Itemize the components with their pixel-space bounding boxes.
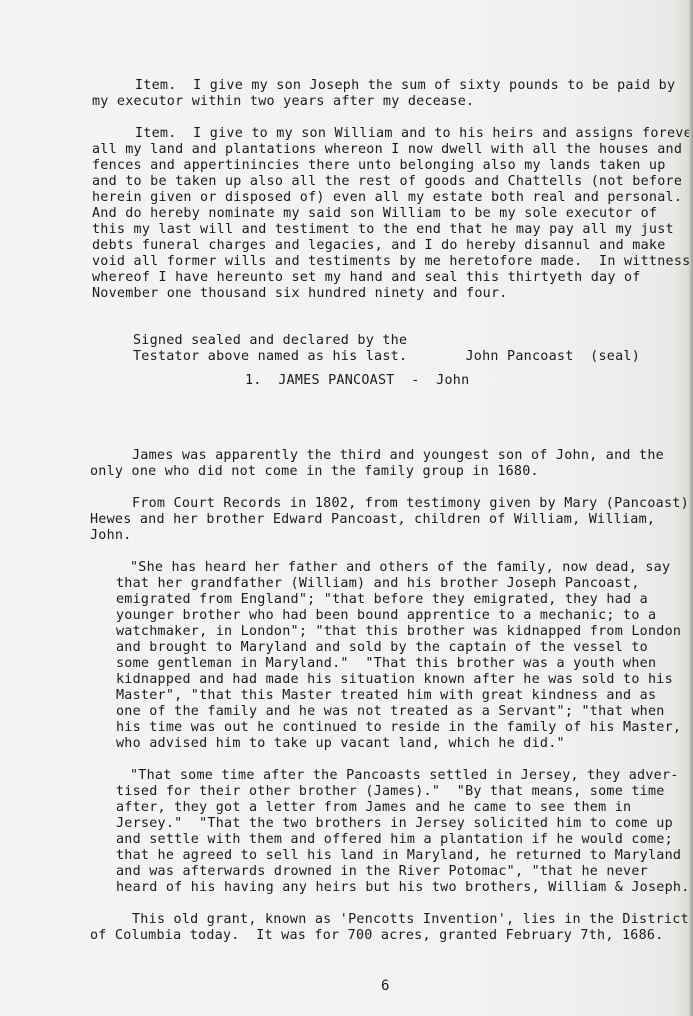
text-line: his time was out he continued to reside … [116,720,681,736]
text-line: watchmaker, in London"; "that this broth… [116,624,681,640]
text-line: Hewes and her brother Edward Pancoast, c… [90,512,655,528]
document-page: Item. I give my son Joseph the sum of si… [0,0,693,1016]
text-line: John. [90,528,132,544]
text-line: one of the family and he was not treated… [116,704,665,720]
text-line: And do hereby nominate my said son Willi… [92,206,657,222]
text-line: debts funeral charges and legacies, and … [92,238,666,254]
text-line: Signed sealed and declared by the [133,333,407,349]
text-line: "She has heard her father and others of … [130,560,670,576]
text-line: some gentleman in Maryland." "That this … [116,656,656,672]
text-line: herein given or disposed of) even all my… [92,190,682,206]
text-line: and brought to Maryland and sold by the … [116,640,648,656]
text-line: emigrated from England"; "that before th… [116,592,648,608]
text-line: Item. I give my son Joseph the sum of si… [135,78,675,94]
text-line: that he agreed to sell his land in Maryl… [116,848,681,864]
text-line: younger brother who had been bound appre… [116,608,656,624]
text-line: "That some time after the Pancoasts sett… [130,768,679,784]
text-line: only one who did not come in the family … [90,464,539,480]
text-line: and to be taken up also all the rest of … [92,174,682,190]
text-line: James was apparently the third and young… [132,448,664,464]
text-line: my executor within two years after my de… [92,94,474,110]
page-number: 6 [381,978,389,994]
text-line: and settle with them and offered him a p… [116,832,673,848]
section-heading: 1. JAMES PANCOAST - John [245,373,469,389]
text-line: void all former wills and testiments by … [92,254,690,270]
text-line: all my land and plantations whereon I no… [92,142,682,158]
text-line: heard of his having any heirs but his tw… [116,880,693,896]
text-line: this my last will and testiment to the e… [92,222,674,238]
text-line: Testator above named as his last. John P… [133,349,640,365]
text-line: of Columbia today. It was for 700 acres,… [90,928,664,944]
text-line: Item. I give to my son William and to hi… [135,126,693,142]
text-line: fences and appertinincies there unto bel… [92,158,666,174]
text-line: This old grant, known as 'Pencotts Inven… [132,912,689,928]
text-line: kidnapped and had made his situation kno… [116,672,673,688]
text-line: after, they got a letter from James and … [116,800,631,816]
text-line: and was afterwards drowned in the River … [116,864,648,880]
text-line: who advised him to take up vacant land, … [116,736,565,752]
page-edge [689,0,693,1016]
text-line: November one thousand six hundred ninety… [92,286,508,302]
text-line: that her grandfather (William) and his b… [116,576,640,592]
text-line: From Court Records in 1802, from testimo… [132,496,689,512]
text-line: whereof I have hereunto set my hand and … [92,270,641,286]
text-line: Jersey." "That the two brothers in Jerse… [116,816,673,832]
text-line: tised for their other brother (James)." … [116,784,665,800]
text-line: Master", "that this Master treated him w… [116,688,656,704]
